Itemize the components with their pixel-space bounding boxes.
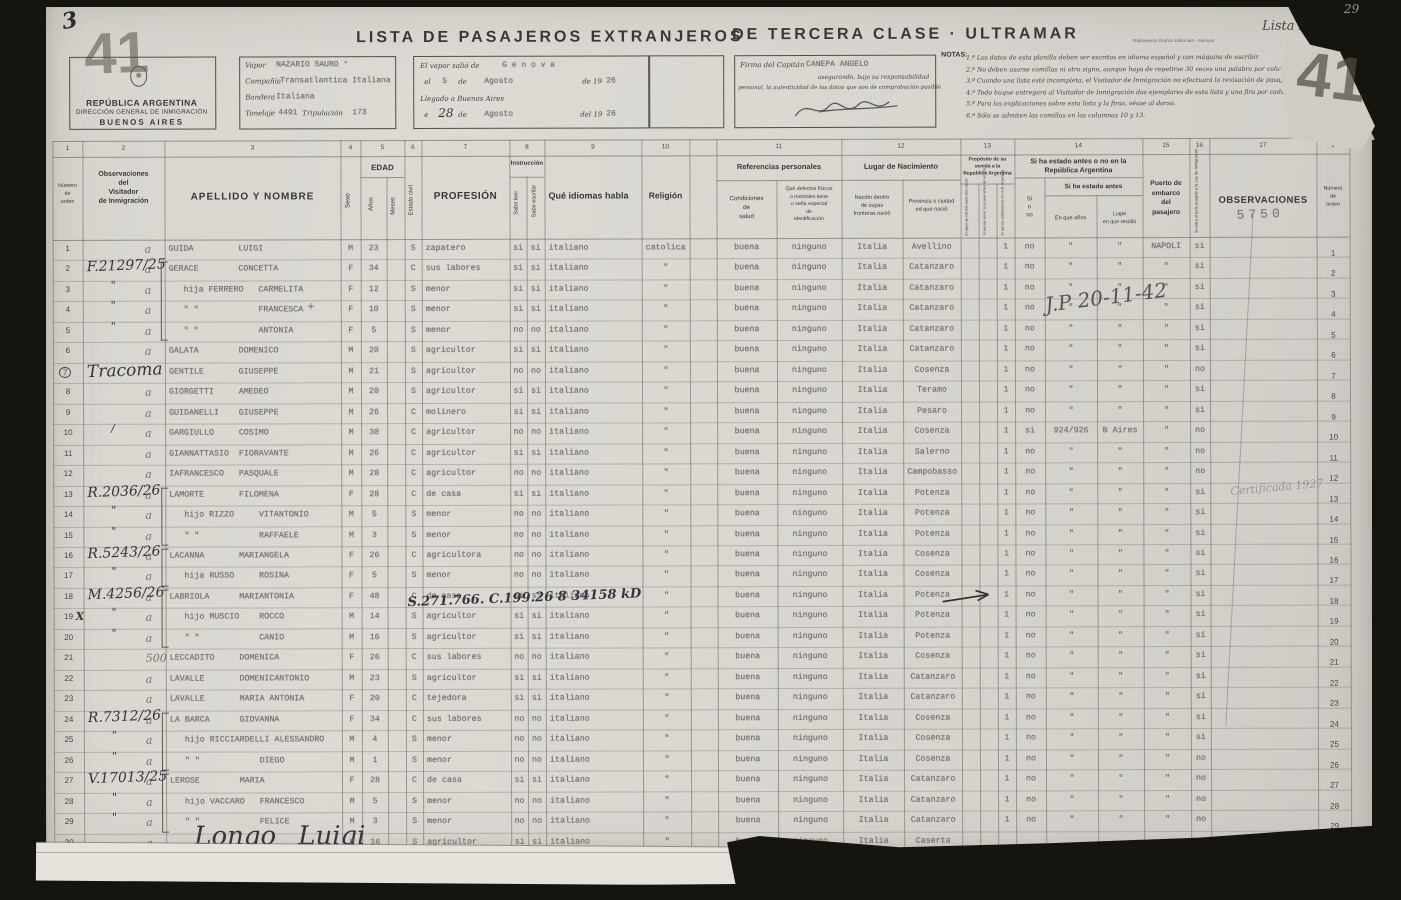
cell-sabe-leer: si: [510, 346, 527, 355]
cell-sabe-leer: no: [510, 367, 527, 376]
cell-lugar-antes: ": [1098, 733, 1144, 742]
cell-order-number: 7: [59, 367, 71, 378]
cell-edad-anos: 3: [361, 531, 387, 540]
cell-sabe-leer: si: [511, 776, 528, 785]
cell-proposito: 1: [998, 631, 1016, 640]
cell-sabe-leer: si: [511, 612, 528, 621]
cell-check-mark: 500: [146, 652, 167, 665]
cell-salud: buena: [717, 366, 777, 375]
col-header-lugar-nacimiento: Lugar de Nacimiento: [841, 162, 960, 171]
cell-estado-civil: S: [405, 346, 422, 355]
cell-sabe-leer: no: [511, 755, 528, 764]
cell-provincia: Cosenza: [903, 427, 961, 436]
cell-sabe-escribir: no: [527, 551, 545, 560]
cell-provincia: Catanzaro: [904, 816, 962, 825]
cell-idiomas: italiano: [549, 551, 589, 560]
cell-provincia: Catanzaro: [904, 795, 962, 804]
cell-order-number: 9: [53, 408, 83, 417]
passenger-table: 123456789101112131415161711aGUIDA LUIGIM…: [44, 3, 1376, 862]
cell-lugar-antes: ": [1097, 365, 1143, 374]
cell-religion: ": [643, 653, 691, 662]
cell-provincia: Catanzaro: [903, 304, 961, 313]
cell-order-number: 21: [54, 653, 84, 662]
cell-order-number-right: 1: [1317, 249, 1350, 258]
cell-ley: si: [1191, 631, 1211, 640]
cell-anos-antes: ": [1045, 345, 1097, 354]
cell-sexo: M: [341, 428, 361, 437]
cell-estado-civil: C: [406, 776, 423, 785]
cell-defectos: ninguno: [777, 550, 842, 559]
cell-salud: buena: [717, 550, 777, 559]
pen-arrow-mark: [941, 590, 999, 606]
cell-sexo: F: [341, 490, 361, 499]
cell-sabe-escribir: no: [527, 571, 545, 580]
cell-estado-antes-sino: no: [1016, 815, 1046, 824]
cell-sabe-escribir: si: [527, 285, 545, 294]
cell-order-number-right: 7: [1317, 371, 1350, 380]
cell-anos-antes: ": [1046, 713, 1098, 722]
col-header-estado-antes: Si ha estado antes o no en la República …: [1014, 157, 1142, 175]
cell-defectos: ninguno: [777, 304, 842, 313]
cell-profesion: agricultor: [427, 633, 477, 642]
cell-ley: si: [1190, 406, 1210, 415]
col-header-observaciones: OBSERVACIONES: [1209, 195, 1316, 206]
cell-idiomas: italiano: [549, 407, 589, 416]
grid-rowline: [54, 707, 1351, 711]
col-header-edad: EDAD: [360, 163, 404, 172]
cell-check-mark: a: [146, 632, 153, 645]
cell-provincia: Potenza: [903, 509, 961, 518]
cell-provincia: Potenza: [904, 631, 962, 640]
col-header-puerto-embarco: Puerto de embarco del pasajero: [1142, 179, 1189, 217]
cell-visitador-observacion: Tracoma: [87, 359, 163, 382]
cell-order-number: 5: [53, 326, 83, 335]
cell-provincia: Potenza: [903, 488, 961, 497]
cell-idiomas: italiano: [549, 366, 589, 375]
cell-salud: buena: [717, 427, 777, 436]
cell-nacion: Italia: [842, 345, 903, 354]
cell-ley: si: [1191, 610, 1211, 619]
cell-name: GIORGETTI AMEDEO: [169, 388, 269, 397]
cell-estado-civil: S: [405, 285, 422, 294]
cell-name: LAMORTE FILOMENA: [169, 490, 279, 499]
cell-puerto: ": [1144, 590, 1191, 599]
grid-hline: [1014, 177, 1142, 178]
cell-provincia: Potenza: [903, 529, 961, 538]
col-header-establecerse: Si piensa establecerse en la R. Argentin…: [1000, 185, 1004, 235]
cell-puerto: ": [1144, 795, 1191, 804]
cell-order-number: 8: [53, 387, 83, 396]
cell-proposito: 1: [997, 345, 1015, 354]
cell-nacion: Italia: [843, 816, 904, 825]
cell-religion: ": [643, 632, 691, 641]
cell-sabe-escribir: si: [527, 448, 545, 457]
cell-order-number-right: 2: [1317, 269, 1350, 278]
cell-sabe-escribir: no: [528, 735, 546, 744]
cell-sabe-leer: si: [510, 244, 527, 253]
cell-nacion: Italia: [842, 284, 903, 293]
cell-provincia: Cosenza: [904, 652, 962, 661]
cell-name: " " CANIO: [170, 633, 285, 642]
cell-idiomas: italiano: [549, 305, 589, 314]
cell-sabe-leer: si: [511, 694, 528, 703]
cell-order-number: 16: [53, 551, 83, 560]
cell-sabe-escribir: no: [527, 510, 545, 519]
cell-lugar-antes: B Aires: [1097, 426, 1143, 435]
cell-salud: buena: [717, 386, 777, 395]
cell-provincia: Catanzaro: [903, 263, 961, 272]
cell-check-mark: a: [145, 550, 152, 563]
cell-puerto: ": [1143, 385, 1190, 394]
cell-nacion: Italia: [842, 570, 903, 579]
cell-proposito: 1: [998, 816, 1016, 825]
cell-idiomas: italiano: [549, 489, 589, 498]
cell-sexo: F: [341, 285, 361, 294]
cell-edad-anos: 23: [361, 244, 387, 253]
cell-idiomas: italiano: [549, 571, 589, 580]
cell-lugar-antes: ": [1098, 651, 1144, 660]
cell-religion: ": [642, 550, 690, 559]
cell-sabe-escribir: no: [527, 366, 545, 375]
cell-puerto: ": [1143, 549, 1190, 558]
cell-religion: ": [642, 264, 690, 273]
cell-order-number-right: 6: [1317, 351, 1350, 360]
cell-nacion: Italia: [842, 509, 903, 518]
cell-sabe-escribir: no: [528, 653, 546, 662]
cell-order-number-right: 16: [1317, 556, 1350, 565]
cell-defectos: ninguno: [778, 632, 843, 641]
cell-proposito: 1: [998, 713, 1016, 722]
cell-defectos: ninguno: [777, 448, 842, 457]
cell-name: LAVALLE DOMENICANTONIO: [170, 674, 309, 683]
cell-visitador-observacion: ": [112, 811, 118, 824]
cell-anos-antes: ": [1046, 733, 1098, 742]
cell-proposito: 1: [997, 468, 1015, 477]
cell-check-mark: a: [146, 591, 153, 604]
cell-order-number-right: 8: [1317, 392, 1350, 401]
cell-estado-antes-sino: no: [1016, 693, 1046, 702]
cell-estado-civil: C: [406, 715, 423, 724]
cell-estado-antes-sino: no: [1015, 304, 1045, 313]
cell-order-number-right: 22: [1318, 678, 1351, 687]
cell-edad-anos: 5: [361, 326, 387, 335]
cell-anos-antes: ": [1046, 693, 1098, 702]
cell-sabe-leer: no: [511, 796, 528, 805]
cell-ley: si: [1190, 569, 1210, 578]
cell-ley: no: [1190, 467, 1210, 476]
cell-profesion: agricultor: [427, 674, 477, 683]
cell-puerto: ": [1143, 426, 1190, 435]
cell-sexo: F: [341, 306, 361, 315]
cell-anos-antes: ": [1045, 406, 1097, 415]
cell-profesion: menor: [427, 735, 452, 744]
cell-religion: ": [642, 509, 690, 518]
cell-name: hija RUSSO ROSINA: [169, 572, 289, 581]
cell-name: LA BARCA GIOVANNA: [170, 715, 280, 724]
cell-sabe-escribir: si: [527, 346, 545, 355]
col-header-referencias: Referencias personales: [716, 162, 841, 171]
cell-visitador-observacion: M.4256/26: [87, 584, 164, 603]
cell-check-mark: a: [145, 243, 152, 256]
cell-check-mark: a: [145, 386, 152, 399]
cell-sabe-escribir: si: [528, 694, 546, 703]
cell-provincia: Catanzaro: [904, 693, 962, 702]
col-number: 7: [421, 144, 509, 151]
cell-order-number-right: 18: [1318, 597, 1351, 606]
cell-sabe-leer: no: [510, 571, 527, 580]
cell-order-number: 4: [53, 305, 83, 314]
cell-idiomas: italiano: [550, 632, 590, 641]
cell-profesion: menor: [426, 305, 451, 314]
cell-provincia: Pesaro: [903, 406, 961, 415]
cell-nacion: Italia: [843, 713, 904, 722]
cell-anos-antes: ": [1046, 672, 1098, 681]
cell-estado-antes-sino: no: [1015, 283, 1045, 292]
family-bracket: [161, 262, 168, 341]
cell-sabe-escribir: no: [528, 755, 546, 764]
cell-edad-anos: 21: [361, 367, 387, 376]
cell-check-mark: a: [146, 611, 153, 624]
col-header-meses: Meses: [391, 197, 397, 215]
cell-nacion: Italia: [842, 263, 903, 272]
cell-estado-antes-sino: no: [1016, 631, 1046, 640]
cell-puerto: ": [1143, 365, 1190, 374]
cell-idiomas: italiano: [550, 837, 590, 846]
cell-check-mark: a: [145, 447, 152, 460]
cell-defectos: ninguno: [777, 366, 842, 375]
cell-sexo: M: [342, 756, 362, 765]
cell-order-number-right: 17: [1317, 576, 1350, 585]
cell-profesion: agricultor: [426, 449, 476, 458]
cell-estado-civil: C: [406, 694, 423, 703]
col-header-anos: Años: [369, 197, 375, 211]
col-number: 1: [52, 145, 82, 152]
cell-name: hijo MUSCIO ROCCO: [170, 613, 285, 622]
col-header-defectos: Qué defectos físicos o mentales tiene o …: [776, 186, 841, 224]
cell-estado-antes-sino: no: [1016, 754, 1046, 763]
cell-provincia: Cosenza: [904, 754, 962, 763]
cell-check-mark: a: [146, 673, 153, 686]
cell-idiomas: italiano: [549, 428, 589, 437]
cell-defectos: ninguno: [777, 325, 842, 334]
family-bracket: [162, 712, 169, 770]
cell-religion: ": [643, 816, 691, 825]
cell-name: LACANNA MARIANGELA: [169, 551, 289, 560]
cell-idiomas: italiano: [549, 325, 589, 334]
cell-ley: si: [1190, 283, 1210, 292]
cell-defectos: ninguno: [778, 591, 843, 600]
cell-name: GERACE CONCETTA: [169, 265, 279, 274]
cell-estado-civil: C: [405, 490, 422, 499]
cell-salud: buena: [718, 632, 778, 641]
cell-sabe-leer: no: [510, 551, 527, 560]
cell-check-mark: a: [145, 509, 152, 522]
col-number: 9: [544, 143, 641, 150]
cell-sabe-leer: no: [510, 530, 527, 539]
cell-estado-antes-sino: no: [1015, 365, 1045, 374]
cell-sabe-escribir: si: [528, 837, 546, 846]
cell-estado-antes-sino: no: [1016, 611, 1046, 620]
cell-profesion: agricultor: [426, 387, 476, 396]
cell-edad-anos: 30: [361, 428, 387, 437]
cell-religion: ": [643, 755, 691, 764]
cell-idiomas: italiano: [550, 755, 590, 764]
cell-order-number-right: 21: [1318, 658, 1351, 667]
cell-salud: buena: [717, 325, 777, 334]
grid-hline: [716, 180, 841, 181]
cell-anos-antes: ": [1046, 774, 1098, 783]
cell-visitador-observacion: ": [111, 524, 117, 537]
cell-sabe-leer: si: [510, 407, 527, 416]
col-header-sexo: Sexo: [344, 193, 351, 208]
cell-name: hija FERRERO CARMELITA: [169, 285, 303, 294]
cell-religion: ": [642, 468, 690, 477]
cell-estado-antes-sino: no: [1016, 795, 1046, 804]
cell-religion: ": [642, 387, 690, 396]
cell-lugar-antes: ": [1097, 263, 1143, 272]
cell-estado-antes-sino: no: [1015, 488, 1045, 497]
cell-ley: si: [1191, 590, 1211, 599]
cell-idiomas: italiano: [549, 244, 589, 253]
cell-order-number: 2: [53, 264, 83, 273]
cell-provincia: Catanzaro: [903, 345, 961, 354]
col-header-nacion: Nación dentro de cuyas fronteras nació: [841, 194, 902, 218]
cell-proposito: 1: [998, 734, 1016, 743]
cell-salud: buena: [718, 714, 778, 723]
cell-sabe-escribir: no: [527, 428, 545, 437]
cell-nacion: Italia: [843, 632, 904, 641]
cell-salud: buena: [717, 243, 777, 252]
cell-proposito: 1: [997, 283, 1015, 292]
cell-profesion: sus labores: [427, 653, 482, 662]
cell-nacion: Italia: [843, 775, 904, 784]
cell-sexo: M: [342, 735, 362, 744]
cell-order-number: 25: [54, 735, 84, 744]
grid-rowline: [53, 421, 1350, 425]
cell-ley: si: [1190, 262, 1210, 271]
cell-proposito: 1: [998, 754, 1016, 763]
cell-name: GUIDANELLI GIUSEPPE: [169, 408, 279, 417]
cell-sabe-escribir: si: [528, 776, 546, 785]
cell-ley: si: [1190, 488, 1210, 497]
cell-proposito: 1: [997, 509, 1015, 518]
cell-anos-antes: ": [1045, 324, 1097, 333]
col-number: 5: [360, 144, 404, 151]
cell-order-mark: X: [76, 610, 85, 623]
cell-sabe-escribir: si: [527, 387, 545, 396]
cell-provincia: Avellino: [903, 243, 961, 252]
cell-sabe-leer: no: [511, 653, 528, 662]
cell-sabe-escribir: si: [527, 407, 545, 416]
cell-idiomas: italiano: [549, 448, 589, 457]
cell-profesion: menor: [426, 285, 451, 294]
cell-order-number: 28: [54, 796, 84, 805]
cell-order-number: 6: [53, 346, 83, 355]
grid-rowline: [53, 544, 1350, 548]
cell-order-number: 10: [53, 428, 83, 437]
cell-lugar-antes: ": [1097, 406, 1143, 415]
grid-hline: [1044, 195, 1142, 196]
cell-estado-antes-sino: no: [1016, 672, 1046, 681]
cell-sabe-leer: no: [511, 714, 528, 723]
cell-profesion: sus labores: [426, 264, 481, 273]
cell-ley: si: [1191, 713, 1211, 722]
cell-edad-anos: 34: [362, 715, 388, 724]
cell-proposito: 1: [997, 549, 1015, 558]
cell-order-number-right: 28: [1318, 801, 1351, 810]
cell-idiomas: italiano: [549, 346, 589, 355]
grid-rowline: [54, 810, 1351, 814]
cell-sabe-escribir: no: [528, 714, 546, 723]
cell-salud: buena: [717, 448, 777, 457]
cell-order-number-right: 24: [1318, 719, 1351, 728]
cell-puerto: ": [1144, 774, 1191, 783]
cell-salud: buena: [718, 673, 778, 682]
cell-lugar-antes: ": [1098, 774, 1144, 783]
col-number: 16: [1189, 142, 1209, 149]
cell-idiomas: italiano: [550, 714, 590, 723]
cell-sexo: M: [341, 510, 361, 519]
cell-check-mark: a: [146, 754, 153, 767]
cell-edad-anos: 28: [362, 776, 388, 785]
cell-visitador-observacion: ": [111, 320, 117, 333]
cell-edad-anos: 28: [361, 469, 387, 478]
cell-lugar-antes: ": [1097, 508, 1143, 517]
cell-sabe-escribir: si: [528, 633, 546, 642]
cell-proposito: 1: [997, 324, 1015, 333]
cell-edad-anos: 34: [361, 265, 387, 274]
cell-sexo: F: [341, 326, 361, 335]
cell-defectos: ninguno: [777, 284, 842, 293]
cell-nacion: Italia: [842, 325, 903, 334]
cell-sabe-leer: si: [510, 264, 527, 273]
cell-proposito: 1: [997, 365, 1015, 374]
cell-defectos: ninguno: [777, 468, 842, 477]
cell-name-tick: +: [307, 302, 315, 313]
grid-rowline: [54, 748, 1351, 752]
cell-religion: ": [642, 489, 690, 498]
cell-defectos: ninguno: [778, 693, 843, 702]
stamp-5750: 5750: [1236, 206, 1284, 223]
cell-nacion: Italia: [842, 550, 903, 559]
cell-provincia: Cosenza: [904, 734, 962, 743]
cell-religion: ": [642, 305, 690, 314]
cell-religion: ": [642, 427, 690, 436]
cell-check-mark: a: [145, 529, 152, 542]
cell-proposito: 1: [998, 611, 1016, 620]
cell-idiomas: italiano: [550, 694, 590, 703]
cell-order-number: 12: [53, 469, 83, 478]
cell-defectos: ninguno: [778, 796, 843, 805]
cell-visitador-observacion: /: [111, 422, 115, 435]
cell-order-number: 22: [54, 674, 84, 683]
cell-provincia: Cosenza: [904, 713, 962, 722]
col-number: 2: [82, 145, 164, 152]
cell-sabe-escribir: no: [528, 817, 546, 826]
cell-nacion: Italia: [842, 243, 903, 252]
cell-order-number-right: 15: [1317, 535, 1350, 544]
cell-edad-anos: 12: [361, 285, 387, 294]
col-header-lugar-residio: Lugar en que residió: [1097, 211, 1143, 226]
cell-edad-anos: 26: [361, 551, 387, 560]
cell-proposito: 1: [998, 795, 1016, 804]
cell-order-number-right: 27: [1318, 781, 1351, 790]
cell-ley: si: [1190, 242, 1210, 251]
cell-sexo: M: [341, 469, 361, 478]
cell-provincia: Catanzaro: [903, 284, 961, 293]
cell-order-number-right: 25: [1318, 740, 1351, 749]
cell-nacion: Italia: [843, 734, 904, 743]
